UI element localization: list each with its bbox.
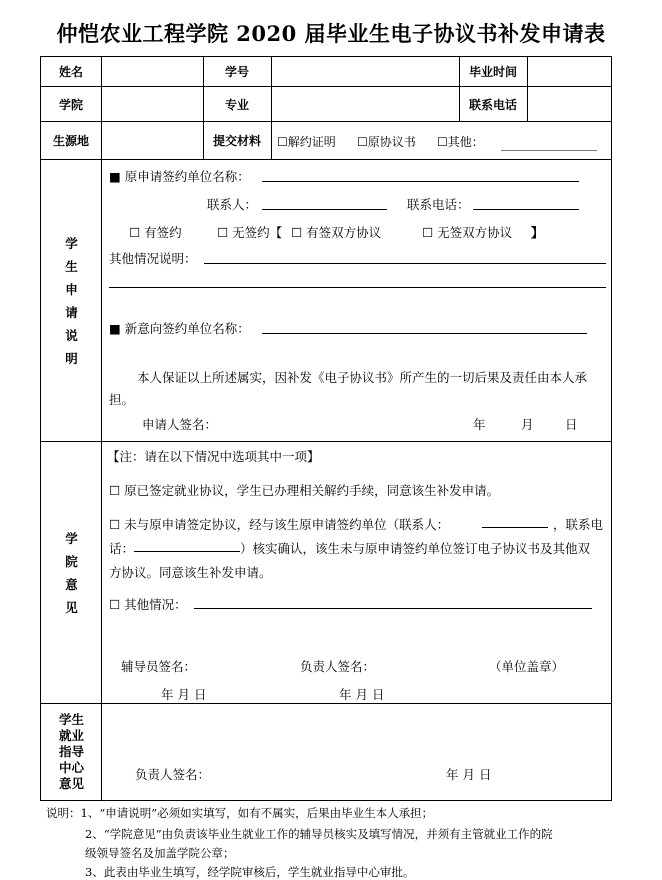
- note-line-4: 3、此表由毕业生填写，经学院审核后，学生就业指导中心审批。: [85, 864, 414, 880]
- label-char: 意: [65, 573, 78, 596]
- checkbox-bilateral[interactable]: ☐ 有签双方协议: [291, 223, 381, 241]
- other-info-input-line2[interactable]: [109, 287, 606, 288]
- student-id-label: 学号: [203, 57, 271, 86]
- orig-unit-label: ■ 原申请签约单位名称：: [109, 167, 250, 185]
- name-label: 姓名: [41, 57, 101, 86]
- leader-signature-label: 负责人签名：: [300, 657, 375, 675]
- college-other-input[interactable]: [194, 608, 592, 609]
- student-section-label: 学 生 申 请 说 明: [41, 160, 102, 441]
- origin-field[interactable]: [102, 122, 203, 159]
- college-field[interactable]: [102, 87, 203, 121]
- checkbox-termination-proof[interactable]: ☐解约证明: [277, 133, 336, 150]
- orig-unit-input[interactable]: [262, 181, 579, 182]
- checkbox-other-materials[interactable]: ☐其他：: [437, 133, 484, 150]
- unit-seal-label: （单位盖章）: [489, 657, 564, 675]
- declaration-line2: 担。: [109, 390, 134, 408]
- row-divider: [41, 703, 611, 704]
- date-day: 日: [565, 415, 578, 433]
- counselor-date: 年 月 日: [161, 685, 206, 703]
- option2-text: 方协议。同意该生补发申请。: [109, 563, 272, 581]
- note-line-1: 说明：1、“申请说明”必须如实填写，如有不属实，后果由毕业生本人承担；: [46, 805, 433, 821]
- label-line: 就业: [59, 728, 84, 744]
- checkbox-signed[interactable]: ☐ 有签约: [129, 223, 182, 241]
- label-char: 院: [65, 550, 78, 573]
- option2-text: ，联系电: [553, 515, 603, 533]
- center-leader-signature-label: 负责人签名：: [135, 765, 210, 783]
- label-char: 明: [65, 347, 78, 370]
- label-char: 申: [65, 278, 78, 301]
- contact-phone-input[interactable]: [473, 209, 579, 210]
- counselor-signature-label: 辅导员签名：: [121, 657, 196, 675]
- leader-date: 年 月 日: [339, 685, 384, 703]
- other-info-label: 其他情况说明：: [109, 249, 197, 267]
- origin-label: 生源地: [41, 122, 101, 159]
- application-form-table: 姓名 学号 毕业时间 学院 专业 联系电话 生源地 提交材料 ☐解约证明 ☐原协…: [40, 56, 612, 801]
- label-char: 说: [65, 324, 78, 347]
- bracket-close: 】: [531, 223, 544, 241]
- label-char: 学: [65, 232, 78, 255]
- label-char: 见: [65, 596, 78, 619]
- contact-person-label: 联系人：: [207, 195, 257, 213]
- checkbox-original-agreement[interactable]: ☐原协议书: [357, 133, 416, 150]
- checkbox-unsigned[interactable]: ☐ 无签约【: [217, 223, 282, 241]
- name-field[interactable]: [102, 57, 203, 86]
- other-info-input[interactable]: [204, 263, 606, 264]
- college-note: 【注：请在以下情况中选项其中一项】: [107, 447, 320, 465]
- label-line: 中心: [59, 760, 84, 776]
- grad-time-field[interactable]: [528, 57, 611, 86]
- label-char: 学: [65, 527, 78, 550]
- center-date: 年 月 日: [446, 765, 491, 783]
- date-month: 月: [521, 415, 534, 433]
- note-line-3: 级领导签名及加盖学院公章；: [85, 845, 235, 861]
- label-line: 意见: [59, 776, 84, 792]
- checkbox-no-bilateral[interactable]: ☐ 无签双方协议: [422, 223, 512, 241]
- label-char: 请: [65, 301, 78, 324]
- college-label: 学院: [41, 87, 101, 121]
- form-title: 仲恺农业工程学院 2020 届毕业生电子协议书补发申请表: [0, 18, 662, 48]
- checkbox-college-option3[interactable]: ☐ 其他情况：: [109, 595, 187, 613]
- major-field[interactable]: [272, 87, 459, 121]
- other-materials-input[interactable]: [501, 150, 597, 151]
- note-line-2: 2、“学院意见”由负责该毕业生就业工作的辅导员核实及填写情况，并须有主管就业工作…: [85, 826, 553, 842]
- label-line: 学生: [59, 712, 84, 728]
- materials-label: 提交材料: [203, 122, 271, 159]
- new-unit-label: ■ 新意向签约单位名称：: [109, 319, 250, 337]
- new-unit-input[interactable]: [262, 333, 587, 334]
- phone-label: 联系电话: [459, 87, 527, 121]
- major-label: 专业: [203, 87, 271, 121]
- college-section-label: 学 院 意 见: [41, 442, 102, 703]
- center-section-label: 学生 就业 指导 中心 意见: [41, 704, 102, 800]
- contact-person-input[interactable]: [262, 209, 387, 210]
- row-divider: [41, 159, 611, 160]
- checkbox-college-option1[interactable]: ☐ 原已签定就业协议，学生已办理相关解约手续，同意该生补发申请。: [109, 481, 499, 499]
- label-char: 生: [65, 255, 78, 278]
- checkbox-college-option2[interactable]: ☐ 未与原申请签定协议，经与该生原申请签约单位（联系人：: [109, 515, 449, 533]
- label-line: 指导: [59, 744, 84, 760]
- date-year: 年: [473, 415, 486, 433]
- option2-text: ）核实确认，该生未与原申请签约单位签订电子协议书及其他双: [240, 539, 590, 557]
- option2-text: 话：: [109, 539, 134, 557]
- college-contact-phone-input[interactable]: [134, 551, 240, 552]
- college-contact-person-input[interactable]: [482, 527, 548, 528]
- phone-field[interactable]: [528, 87, 611, 121]
- declaration-line1: 本人保证以上所述属实，因补发《电子协议书》所产生的一切后果及责任由本人承: [137, 368, 587, 386]
- applicant-signature-label: 申请人签名：: [142, 415, 217, 433]
- row-divider: [41, 441, 611, 442]
- contact-phone-label: 联系电话：: [407, 195, 470, 213]
- grad-time-label: 毕业时间: [459, 57, 527, 86]
- student-id-field[interactable]: [272, 57, 459, 86]
